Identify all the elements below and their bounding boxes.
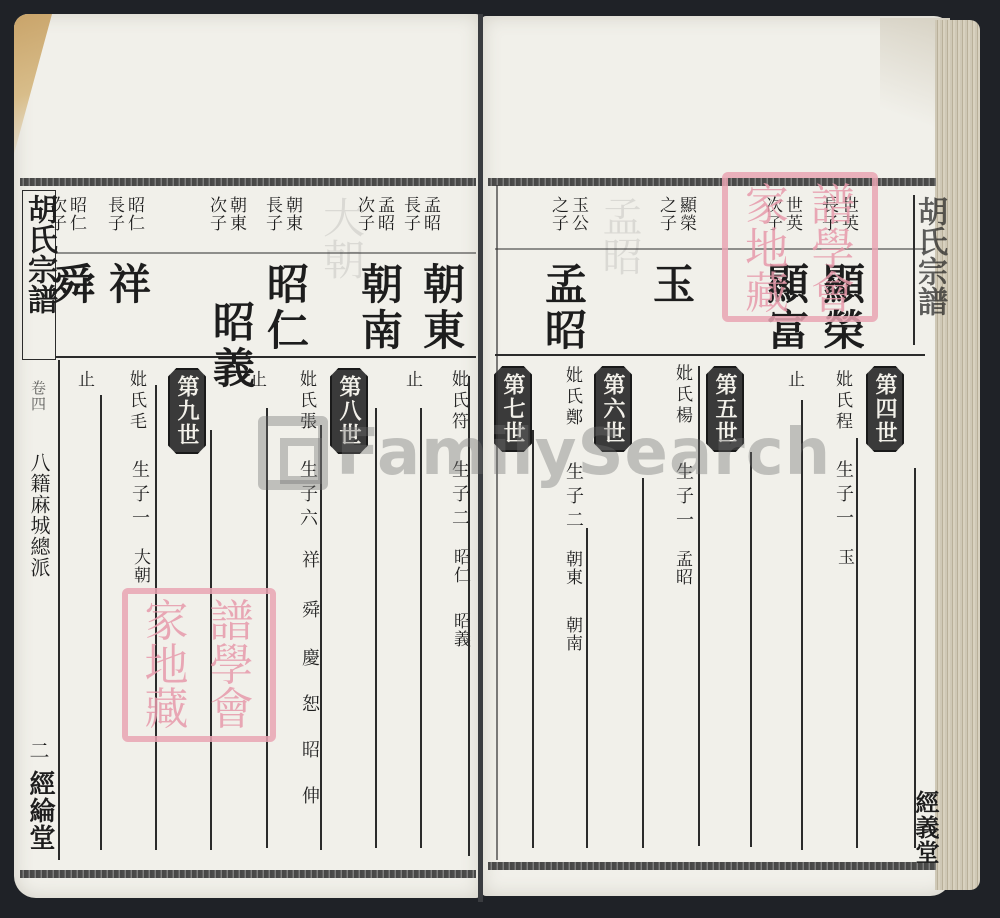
person-name: 昭仁	[262, 262, 308, 354]
column-rule	[420, 408, 422, 848]
parent-note: 次子	[46, 196, 66, 232]
seal-char: 譜	[210, 600, 254, 644]
column-rule	[320, 425, 322, 850]
divider-lower-right	[495, 354, 925, 356]
column-rule	[642, 478, 644, 848]
child-name: 祥	[298, 550, 320, 574]
spouse: 妣氏鄭	[562, 366, 582, 429]
terminated-mark: 止	[402, 370, 422, 388]
seal-char: 家	[745, 184, 789, 228]
spine-rule-left	[58, 360, 60, 860]
seal-char: 會	[210, 688, 254, 732]
seal-char: 家	[145, 600, 189, 644]
parent-note: 玉公	[568, 196, 588, 232]
person-name: 孟昭	[540, 262, 586, 354]
generation-badge-7: 第七世	[494, 366, 532, 452]
collector-seal-left: 譜 學 會 家 地 藏	[122, 588, 276, 742]
seal-char: 譜	[811, 184, 855, 228]
right-page	[482, 16, 952, 896]
parent-note: 之子	[548, 196, 568, 232]
branch-label: 八籍麻城總派	[28, 452, 50, 578]
column-rule	[698, 366, 700, 846]
parent-note: 昭仁	[66, 196, 86, 232]
parent-note: 孟昭	[420, 196, 440, 232]
terminated-mark: 止	[74, 370, 94, 388]
terminated-mark: 止	[246, 370, 266, 388]
child-name: 慶	[298, 648, 320, 672]
scanned-book-spread: 胡氏宗譜 卷四 八籍麻城總派 二 經綸堂 孟昭 長子 朝東 妣氏符 生子二 昭仁…	[0, 0, 1000, 918]
children-count: 生子二	[448, 460, 470, 532]
parent-note: 顯榮	[676, 196, 696, 232]
collector-seal-right: 譜 學 會 家 地 藏	[722, 172, 878, 322]
parent-note: 長子	[400, 196, 420, 232]
column-rule	[375, 408, 377, 848]
child-name: 昭	[298, 740, 320, 764]
children-count: 生子六	[296, 460, 318, 532]
page-number: 二	[28, 740, 48, 761]
spouse: 妣氏程	[832, 370, 852, 433]
seal-char: 地	[145, 644, 189, 688]
page-edge-stack	[935, 20, 980, 890]
parent-note: 次子	[206, 196, 226, 232]
bleed-through-text: 大朝	[318, 196, 364, 280]
column-rule	[750, 452, 752, 847]
volume-label: 卷四	[28, 380, 48, 412]
spouse: 妣氏毛	[126, 370, 146, 433]
child-name: 孟昭	[672, 550, 692, 586]
person-name: 玉	[648, 262, 694, 308]
parent-note: 昭仁	[124, 196, 144, 232]
frame-bottom-border-right	[488, 862, 936, 870]
generation-badge-9: 第九世	[168, 368, 206, 454]
parent-note: 之子	[656, 196, 676, 232]
column-rule	[586, 528, 588, 848]
generation-badge-8: 第八世	[330, 368, 368, 454]
generation-badge-6: 第六世	[594, 366, 632, 452]
seal-char: 學	[811, 228, 855, 272]
column-rule	[468, 376, 470, 856]
hall-name-left: 經綸堂	[26, 770, 54, 851]
child-name: 昭義	[450, 612, 470, 648]
person-name: 舜	[48, 262, 94, 308]
child-name: 朝東	[562, 550, 582, 586]
terminated-mark: 止	[784, 370, 804, 388]
spouse: 妣氏張	[296, 370, 316, 433]
generation-badge-5: 第五世	[706, 366, 744, 452]
parent-note: 長子	[262, 196, 282, 232]
children-count: 生子一	[672, 462, 694, 534]
column-rule	[914, 468, 916, 848]
seal-char: 藏	[145, 688, 189, 732]
seal-char: 會	[811, 272, 855, 316]
book-title-right: 胡氏宗譜	[912, 196, 946, 316]
frame-bottom-border-left	[20, 870, 476, 878]
child-name: 玉	[834, 548, 854, 566]
child-name: 舜	[298, 600, 320, 624]
column-rule	[801, 400, 803, 850]
book-gutter	[478, 14, 483, 902]
seal-char: 地	[745, 228, 789, 272]
children-count: 生子二	[562, 462, 584, 534]
frame-top-border-left	[20, 178, 476, 186]
child-name: 恕	[298, 694, 320, 718]
parent-note: 孟昭	[374, 196, 394, 232]
parent-note: 朝東	[226, 196, 246, 232]
spouse: 妣氏楊	[672, 364, 692, 427]
seal-char: 學	[210, 644, 254, 688]
column-rule	[856, 438, 858, 848]
bleed-through-text: 孟昭	[596, 196, 642, 276]
generation-badge-4: 第四世	[866, 366, 904, 452]
child-name: 昭仁	[450, 548, 470, 584]
child-name: 朝南	[562, 616, 582, 652]
child-name: 大朝	[130, 548, 150, 584]
parent-note: 朝東	[282, 196, 302, 232]
person-name: 祥	[104, 262, 150, 308]
children-count: 生子一	[128, 460, 150, 532]
spouse: 妣氏符	[448, 370, 468, 433]
frame-inner-rule	[496, 185, 498, 860]
hall-name-right: 經義堂	[912, 790, 938, 865]
person-name: 朝東	[418, 262, 464, 354]
column-rule	[100, 395, 102, 850]
children-count: 生子一	[832, 460, 854, 532]
column-rule	[532, 430, 534, 848]
child-name: 伸	[298, 786, 320, 810]
left-page	[14, 14, 480, 898]
divider-lower-left	[56, 356, 476, 358]
parent-note: 長子	[104, 196, 124, 232]
seal-char: 藏	[745, 272, 789, 316]
divider-upper-left	[56, 252, 476, 254]
